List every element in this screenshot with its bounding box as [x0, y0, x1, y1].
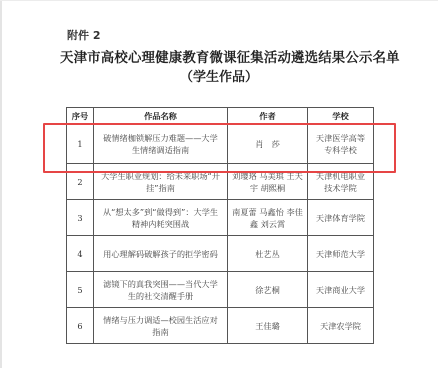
header-school: 学校: [308, 108, 374, 125]
row-index: 5: [67, 272, 94, 308]
document-title: 天津市高校心理健康教育微课征集活动遴选结果公示名单: [60, 47, 378, 66]
document-subtitle: （学生作品）: [60, 66, 378, 85]
table-row: 4 用心理解码破解孩子的拒学密码 杜艺丛 天津师范大学: [67, 236, 374, 272]
row-school: 天津机电职业技术学院: [308, 164, 374, 200]
attachment-label: 附件 2: [67, 27, 100, 43]
row-authors: 王佳璐: [228, 308, 308, 344]
page-edge-top: [0, 0, 438, 1]
row-work-name: 大学生职业规划：给未来职场“开挂”指南: [94, 164, 228, 200]
results-table: 序号 作品名称 作者 学校 1 破情绪枷锁解压力难题——大学生情绪调适指南 肖 …: [66, 107, 374, 344]
row-index: 2: [67, 164, 94, 200]
row-authors: 徐艺桐: [228, 272, 308, 308]
header-work-name: 作品名称: [94, 108, 228, 125]
row-school: 天津农学院: [308, 308, 374, 344]
row-school: 天津师范大学: [308, 236, 374, 272]
table-row: 6 情绪与压力调适—校园生活应对指南 王佳璐 天津农学院: [67, 308, 374, 344]
row-work-name: 破情绪枷锁解压力难题——大学生情绪调适指南: [94, 125, 228, 164]
row-authors: 南夏蕾 马鑫怡 李佳鑫 刘云霄: [228, 200, 308, 236]
row-work-name: 从“想太多”到“做得到”：大学生精神内耗突围战: [94, 200, 228, 236]
row-index: 1: [67, 125, 94, 164]
row-school: 天津医学高等专科学校: [308, 125, 374, 164]
page-edge-left: [0, 0, 2, 368]
header-index: 序号: [67, 108, 94, 125]
table-row: 5 滤镜下的真我突围——当代大学生的社交清醒手册 徐艺桐 天津商业大学: [67, 272, 374, 308]
row-index: 4: [67, 236, 94, 272]
table-row: 1 破情绪枷锁解压力难题——大学生情绪调适指南 肖 莎 天津医学高等专科学校: [67, 125, 374, 164]
row-work-name: 用心理解码破解孩子的拒学密码: [94, 236, 228, 272]
table-header-row: 序号 作品名称 作者 学校: [67, 108, 374, 125]
header-author: 作者: [228, 108, 308, 125]
row-school: 天津体育学院: [308, 200, 374, 236]
row-school: 天津商业大学: [308, 272, 374, 308]
row-work-name: 滤镜下的真我突围——当代大学生的社交清醒手册: [94, 272, 228, 308]
row-authors: 刘璎珞 马美琪 王天宇 胡熙桐: [228, 164, 308, 200]
row-authors: 杜艺丛: [228, 236, 308, 272]
row-index: 6: [67, 308, 94, 344]
table-row: 3 从“想太多”到“做得到”：大学生精神内耗突围战 南夏蕾 马鑫怡 李佳鑫 刘云…: [67, 200, 374, 236]
row-index: 3: [67, 200, 94, 236]
row-authors: 肖 莎: [228, 125, 308, 164]
table-row: 2 大学生职业规划：给未来职场“开挂”指南 刘璎珞 马美琪 王天宇 胡熙桐 天津…: [67, 164, 374, 200]
row-work-name: 情绪与压力调适—校园生活应对指南: [94, 308, 228, 344]
